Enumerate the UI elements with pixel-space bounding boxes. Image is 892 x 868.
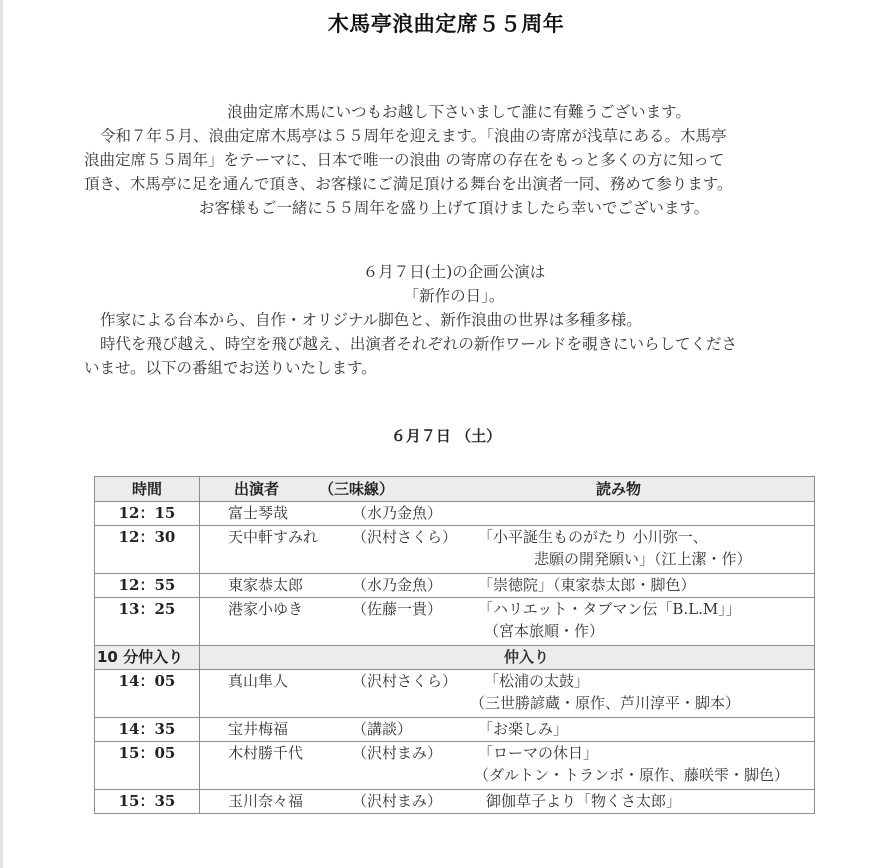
performer-cell: 真山隼人（沢村さくら） [200, 670, 471, 718]
reading-cell: 御伽草子より「物くさ太郎」 [470, 790, 815, 814]
intro-line: 浪曲定席木馬にいつもお越し下さいまして誰に有難うございます。 [84, 100, 824, 124]
header-performer-label: 出演者 [234, 480, 279, 498]
performer-cell: 天中軒すみれ（沢村さくら） [200, 526, 471, 574]
time-cell: 14：05 [95, 670, 200, 718]
performer-name: 港家小ゆき [228, 598, 352, 620]
performer-cell: 宝井梅福（講談） [200, 718, 471, 742]
time-cell: 15：05 [95, 742, 200, 790]
reading-line: （ダルトン・トランボ・原作、藤咲雫・脚色） [470, 764, 814, 786]
reading-line: 「崇徳院」（東家恭太郎・脚色） [470, 574, 814, 596]
shamisen-name: （水乃金魚） [352, 574, 442, 596]
table-row: 15：35 玉川奈々福（沢村まみ） 御伽草子より「物くさ太郎」 [95, 790, 815, 814]
time-cell: 15：35 [95, 790, 200, 814]
event-desc-line: 時代を飛び越え、時空を飛び越え、出演者それぞれの新作ワールドを覗きにいらしてくだ… [84, 332, 824, 356]
reading-line: 「小平誕生ものがたり 小川弥一、 [470, 526, 814, 548]
reading-cell: 仲入り [470, 646, 815, 670]
reading-line: 「松浦の太鼓」 [470, 670, 814, 692]
program-table: 時間 出演者（三味線） 読み物 12：15 富士琴哉（水乃金魚） 12：30 天… [94, 476, 815, 814]
event-paragraph: ６月７日(土)の企画公演は 「新作の日」。 作家による台本から、自作・オリジナル… [84, 260, 824, 380]
table-row: 12：55 東家恭太郎（水乃金魚） 「崇徳院」（東家恭太郎・脚色） [95, 574, 815, 598]
performer-name: 真山隼人 [228, 670, 352, 692]
shamisen-name: （沢村さくら） [352, 670, 457, 692]
performer-cell: 東家恭太郎（水乃金魚） [200, 574, 471, 598]
shamisen-name: （沢村まみ） [352, 790, 442, 812]
performer-name: 富士琴哉 [228, 502, 352, 524]
intro-line: お客様もご一緒に５５周年を盛り上げて頂けましたら幸いでございます。 [84, 196, 824, 220]
time-cell: 12：55 [95, 574, 200, 598]
reading-line: 「ハリエット・タブマン伝「B.L.M」」 [470, 598, 814, 620]
reading-cell: 「ハリエット・タブマン伝「B.L.M」」 （宮本旅順・作） [470, 598, 815, 646]
shamisen-name: （佐藤一貴） [352, 598, 442, 620]
table-header-row: 時間 出演者（三味線） 読み物 [95, 477, 815, 502]
reading-line: （三世勝諺蔵・原作、芦川淳平・脚本） [470, 692, 814, 714]
reading-cell: 「小平誕生ものがたり 小川弥一、 悲願の開発願い」（江上潔・作） [470, 526, 815, 574]
performer-name: 木村勝千代 [228, 742, 352, 764]
table-row: 14：35 宝井梅福（講談） 「お楽しみ」 [95, 718, 815, 742]
performer-name: 天中軒すみれ [228, 526, 352, 548]
shamisen-name: （水乃金魚） [352, 502, 442, 524]
reading-cell: 「崇徳院」（東家恭太郎・脚色） [470, 574, 815, 598]
performer-cell [200, 646, 471, 670]
performer-name: 玉川奈々福 [228, 790, 352, 812]
table-row: 13：25 港家小ゆき（佐藤一貴） 「ハリエット・タブマン伝「B.L.M」」 （… [95, 598, 815, 646]
table-row: 12：15 富士琴哉（水乃金魚） [95, 502, 815, 526]
performer-cell: 富士琴哉（水乃金魚） [200, 502, 471, 526]
header-time: 時間 [95, 477, 200, 502]
shamisen-name: （沢村まみ） [352, 742, 442, 764]
event-desc-line: 作家による台本から、自作・オリジナル脚色と、新作浪曲の世界は多種多様。 [84, 308, 824, 332]
reading-cell: 「お楽しみ」 [470, 718, 815, 742]
reading-cell [470, 502, 815, 526]
event-desc-line: いませ。以下の番組でお送りいたします。 [84, 356, 824, 380]
intro-paragraph: 浪曲定席木馬にいつもお越し下さいまして誰に有難うございます。 令和７年５月、浪曲… [84, 100, 824, 220]
header-reading: 読み物 [470, 477, 815, 502]
intro-line: 浪曲定席５５周年」をテーマに、日本で唯一の浪曲 の寄席の存在をもっと多くの方に知… [84, 148, 824, 172]
table-row: 12：30 天中軒すみれ（沢村さくら） 「小平誕生ものがたり 小川弥一、 悲願の… [95, 526, 815, 574]
performer-name: 宝井梅福 [228, 718, 352, 740]
time-cell: 12：30 [95, 526, 200, 574]
intermission-row: 10 分仲入り 仲入り [95, 646, 815, 670]
shamisen-name: （沢村さくら） [352, 526, 457, 548]
event-name: 「新作の日」。 [84, 284, 824, 308]
program-date-heading: ６月７日 （土） [0, 425, 892, 446]
table-row: 14：05 真山隼人（沢村さくら） 「松浦の太鼓」 （三世勝諺蔵・原作、芦川淳平… [95, 670, 815, 718]
header-performer: 出演者（三味線） [200, 477, 471, 502]
reading-cell: 「松浦の太鼓」 （三世勝諺蔵・原作、芦川淳平・脚本） [470, 670, 815, 718]
performer-cell: 玉川奈々福（沢村まみ） [200, 790, 471, 814]
table-row: 15：05 木村勝千代（沢村まみ） 「ローマの休日」 （ダルトン・トランボ・原作… [95, 742, 815, 790]
intro-line: 令和７年５月、浪曲定席木馬亭は５５周年を迎えます。「浪曲の寄席が浅草にある。木馬… [84, 124, 824, 148]
reading-line: 御伽草子より「物くさ太郎」 [470, 790, 814, 812]
time-cell: 14：35 [95, 718, 200, 742]
time-cell: 12：15 [95, 502, 200, 526]
intermission-label: 仲入り [470, 646, 814, 668]
reading-cell: 「ローマの休日」 （ダルトン・トランボ・原作、藤咲雫・脚色） [470, 742, 815, 790]
performer-name: 東家恭太郎 [228, 574, 352, 596]
header-shamisen-label: （三味線） [319, 480, 394, 498]
intermission-time-cell: 10 分仲入り [95, 646, 200, 670]
event-lead: ６月７日(土)の企画公演は [84, 260, 824, 284]
intro-line: 頂き、木馬亭に足を通んで頂き、お客様にご満足頂ける舞台を出演者一同、務めて参りま… [84, 172, 824, 196]
document-title: 木馬亭浪曲定席５５周年 [0, 8, 892, 38]
reading-line: （宮本旅順・作） [470, 620, 814, 642]
time-cell: 13：25 [95, 598, 200, 646]
performer-cell: 港家小ゆき（佐藤一貴） [200, 598, 471, 646]
reading-line: 悲願の開発願い」（江上潔・作） [470, 548, 814, 570]
reading-line: 「お楽しみ」 [470, 718, 814, 740]
reading-line: 「ローマの休日」 [470, 742, 814, 764]
shamisen-name: （講談） [352, 718, 412, 740]
performer-cell: 木村勝千代（沢村まみ） [200, 742, 471, 790]
